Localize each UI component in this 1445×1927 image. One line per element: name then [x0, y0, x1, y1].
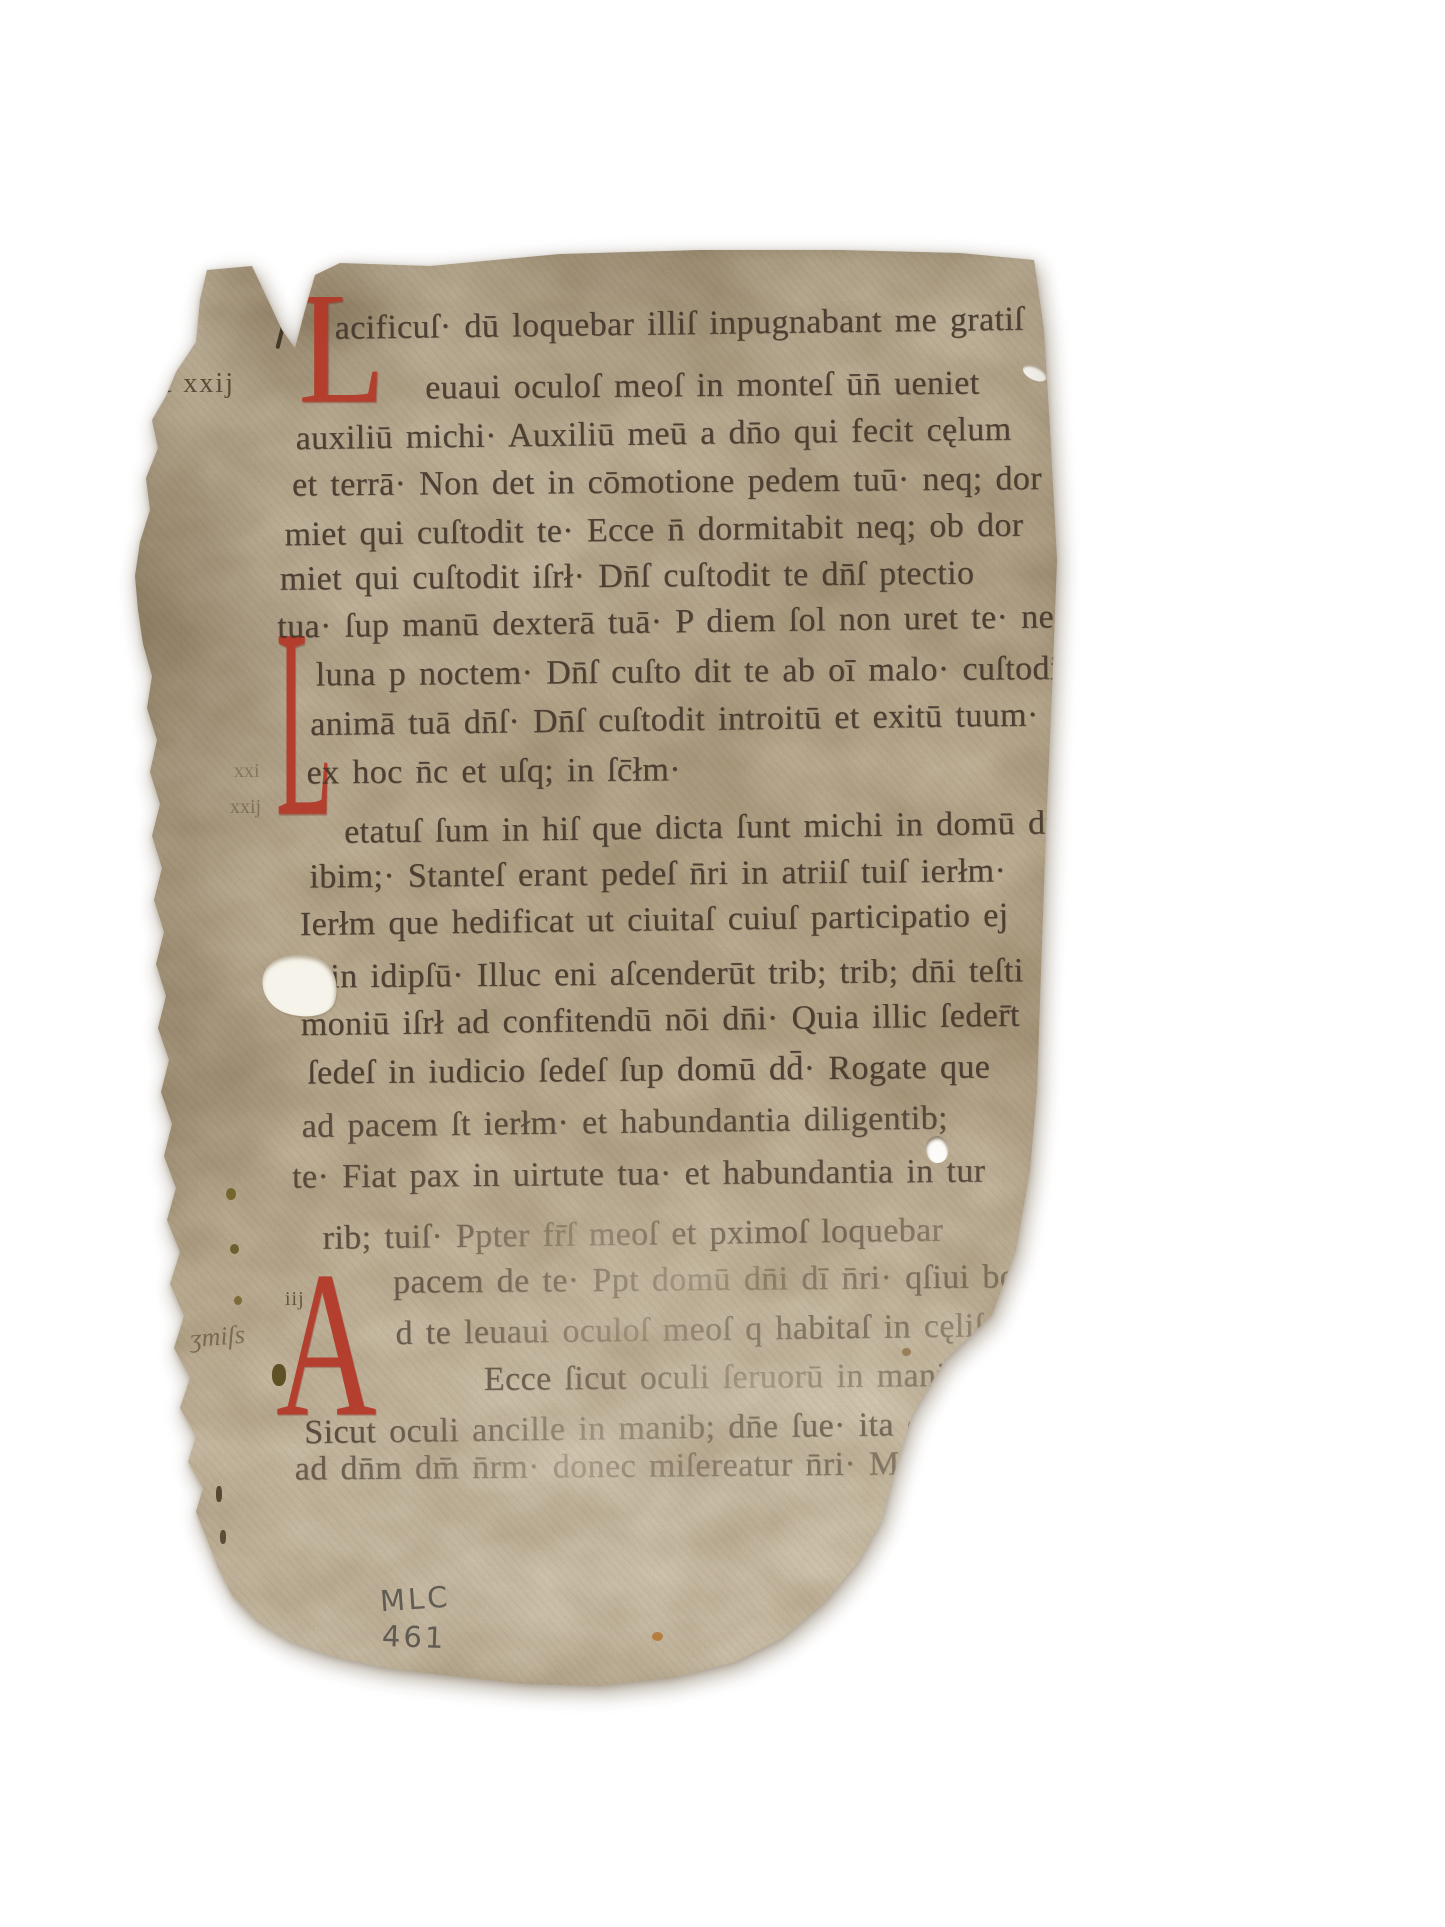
manuscript-line: miet qui cuſtodit iſrł· Dn̄ſ cuſtodit te…: [280, 555, 975, 598]
stain-spot: [216, 1486, 222, 1502]
manuscript-line: ex hoc n̄c et uſq; in ſc̄łm·: [306, 751, 681, 792]
margin-gloss: iij: [285, 1288, 305, 1311]
manuscript-line: te· Fiat pax in uirtute tua· et habundan…: [292, 1153, 986, 1196]
manuscript-line: et terrā· Non det in cōmotione pedem tuū…: [292, 460, 1042, 504]
manuscript-line: rib; tuiſ· Ppter fr̄ſ meoſ et pximoſ loq…: [322, 1212, 943, 1258]
manuscript-line: miet qui cuſtodit te· Ecce n̄ dormitabit…: [284, 507, 1023, 554]
manuscript-line: tua· ſup manū dexterā tuā· P diem ſol no…: [277, 598, 1081, 646]
manuscript-line: moniū iſrł ad confitendū nōi dn̄i· Quia …: [300, 997, 1019, 1044]
manuscript-line: etatuſ ſum in hiſ que dicta ſunt michi i…: [344, 804, 1073, 851]
margin-psalm-number: c xxij: [160, 368, 235, 400]
margin-gloss: xxij: [230, 796, 261, 819]
shelfmark-number: 461: [381, 1619, 447, 1655]
stain-spot: [226, 1188, 236, 1200]
stain-spot: [220, 1530, 226, 1544]
stain-spot: [230, 1244, 239, 1254]
manuscript-line: auxiliū michi· Auxiliū meū a dn̄o qui fe…: [295, 411, 1011, 458]
margin-gloss: xxi: [234, 760, 260, 783]
stain-spot: [652, 1632, 663, 1641]
manuscript-line: pacem de te· Ppt domū dn̄i dī n̄ri· qſiu…: [393, 1258, 1110, 1302]
manuscript-line: luna p noctem· Dn̄ſ cuſto dit te ab oī m…: [316, 650, 1086, 694]
photo-background: L L A acificuſ· dū loquebar illiſ inpugn…: [0, 0, 1445, 1927]
shelfmark-letters: MLC: [379, 1580, 452, 1619]
manuscript-line: Ierłm que hedificat ut ciuitaſ cuiuſ par…: [300, 897, 1009, 944]
manuscript-line: acificuſ· dū loquebar illiſ inpugnabant …: [334, 301, 1024, 347]
stain-spot: [902, 1348, 911, 1356]
manuscript-line: in idipſū· Illuc eni aſcenderūt trib; tr…: [330, 952, 1024, 995]
parchment-surface: L L A acificuſ· dū loquebar illiſ inpugn…: [130, 240, 1070, 1700]
manuscript-line: Sicut oculi ancille in manib; dn̄e ſue· …: [304, 1405, 1029, 1452]
manuscript-line: ad dn̄m dm̄ n̄rm· donec miſereatur n̄ri·…: [294, 1445, 989, 1488]
manuscript-line: ibim;· Stanteſ erant pedeſ n̄ri in atrii…: [309, 852, 1006, 895]
stain-spot: [272, 1364, 286, 1386]
stain-spot: [234, 1296, 242, 1305]
manuscript-line: Ecce ſicut oculi ſeruorū in manib; dn̄or…: [484, 1355, 1155, 1398]
manuscript-line: d te leuaui oculoſ meoſ q habitaſ in cęl…: [395, 1307, 984, 1352]
margin-gloss-cursive: ʒmiſs: [189, 1320, 246, 1355]
parchment-fragment: L L A acificuſ· dū loquebar illiſ inpugn…: [130, 240, 1070, 1700]
manuscript-line: ſedeſ in iudicio ſedeſ ſup domū dd̄· Rog…: [307, 1049, 990, 1092]
manuscript-line: ad pacem ſt ierłm· et habundantia dilige…: [301, 1100, 948, 1146]
manuscript-line: animā tuā dn̄ſ· Dn̄ſ cuſtodit introitū e…: [310, 697, 1039, 744]
manuscript-line: euaui oculoſ meoſ in monteſ ūn̄ ueniet: [425, 365, 980, 407]
